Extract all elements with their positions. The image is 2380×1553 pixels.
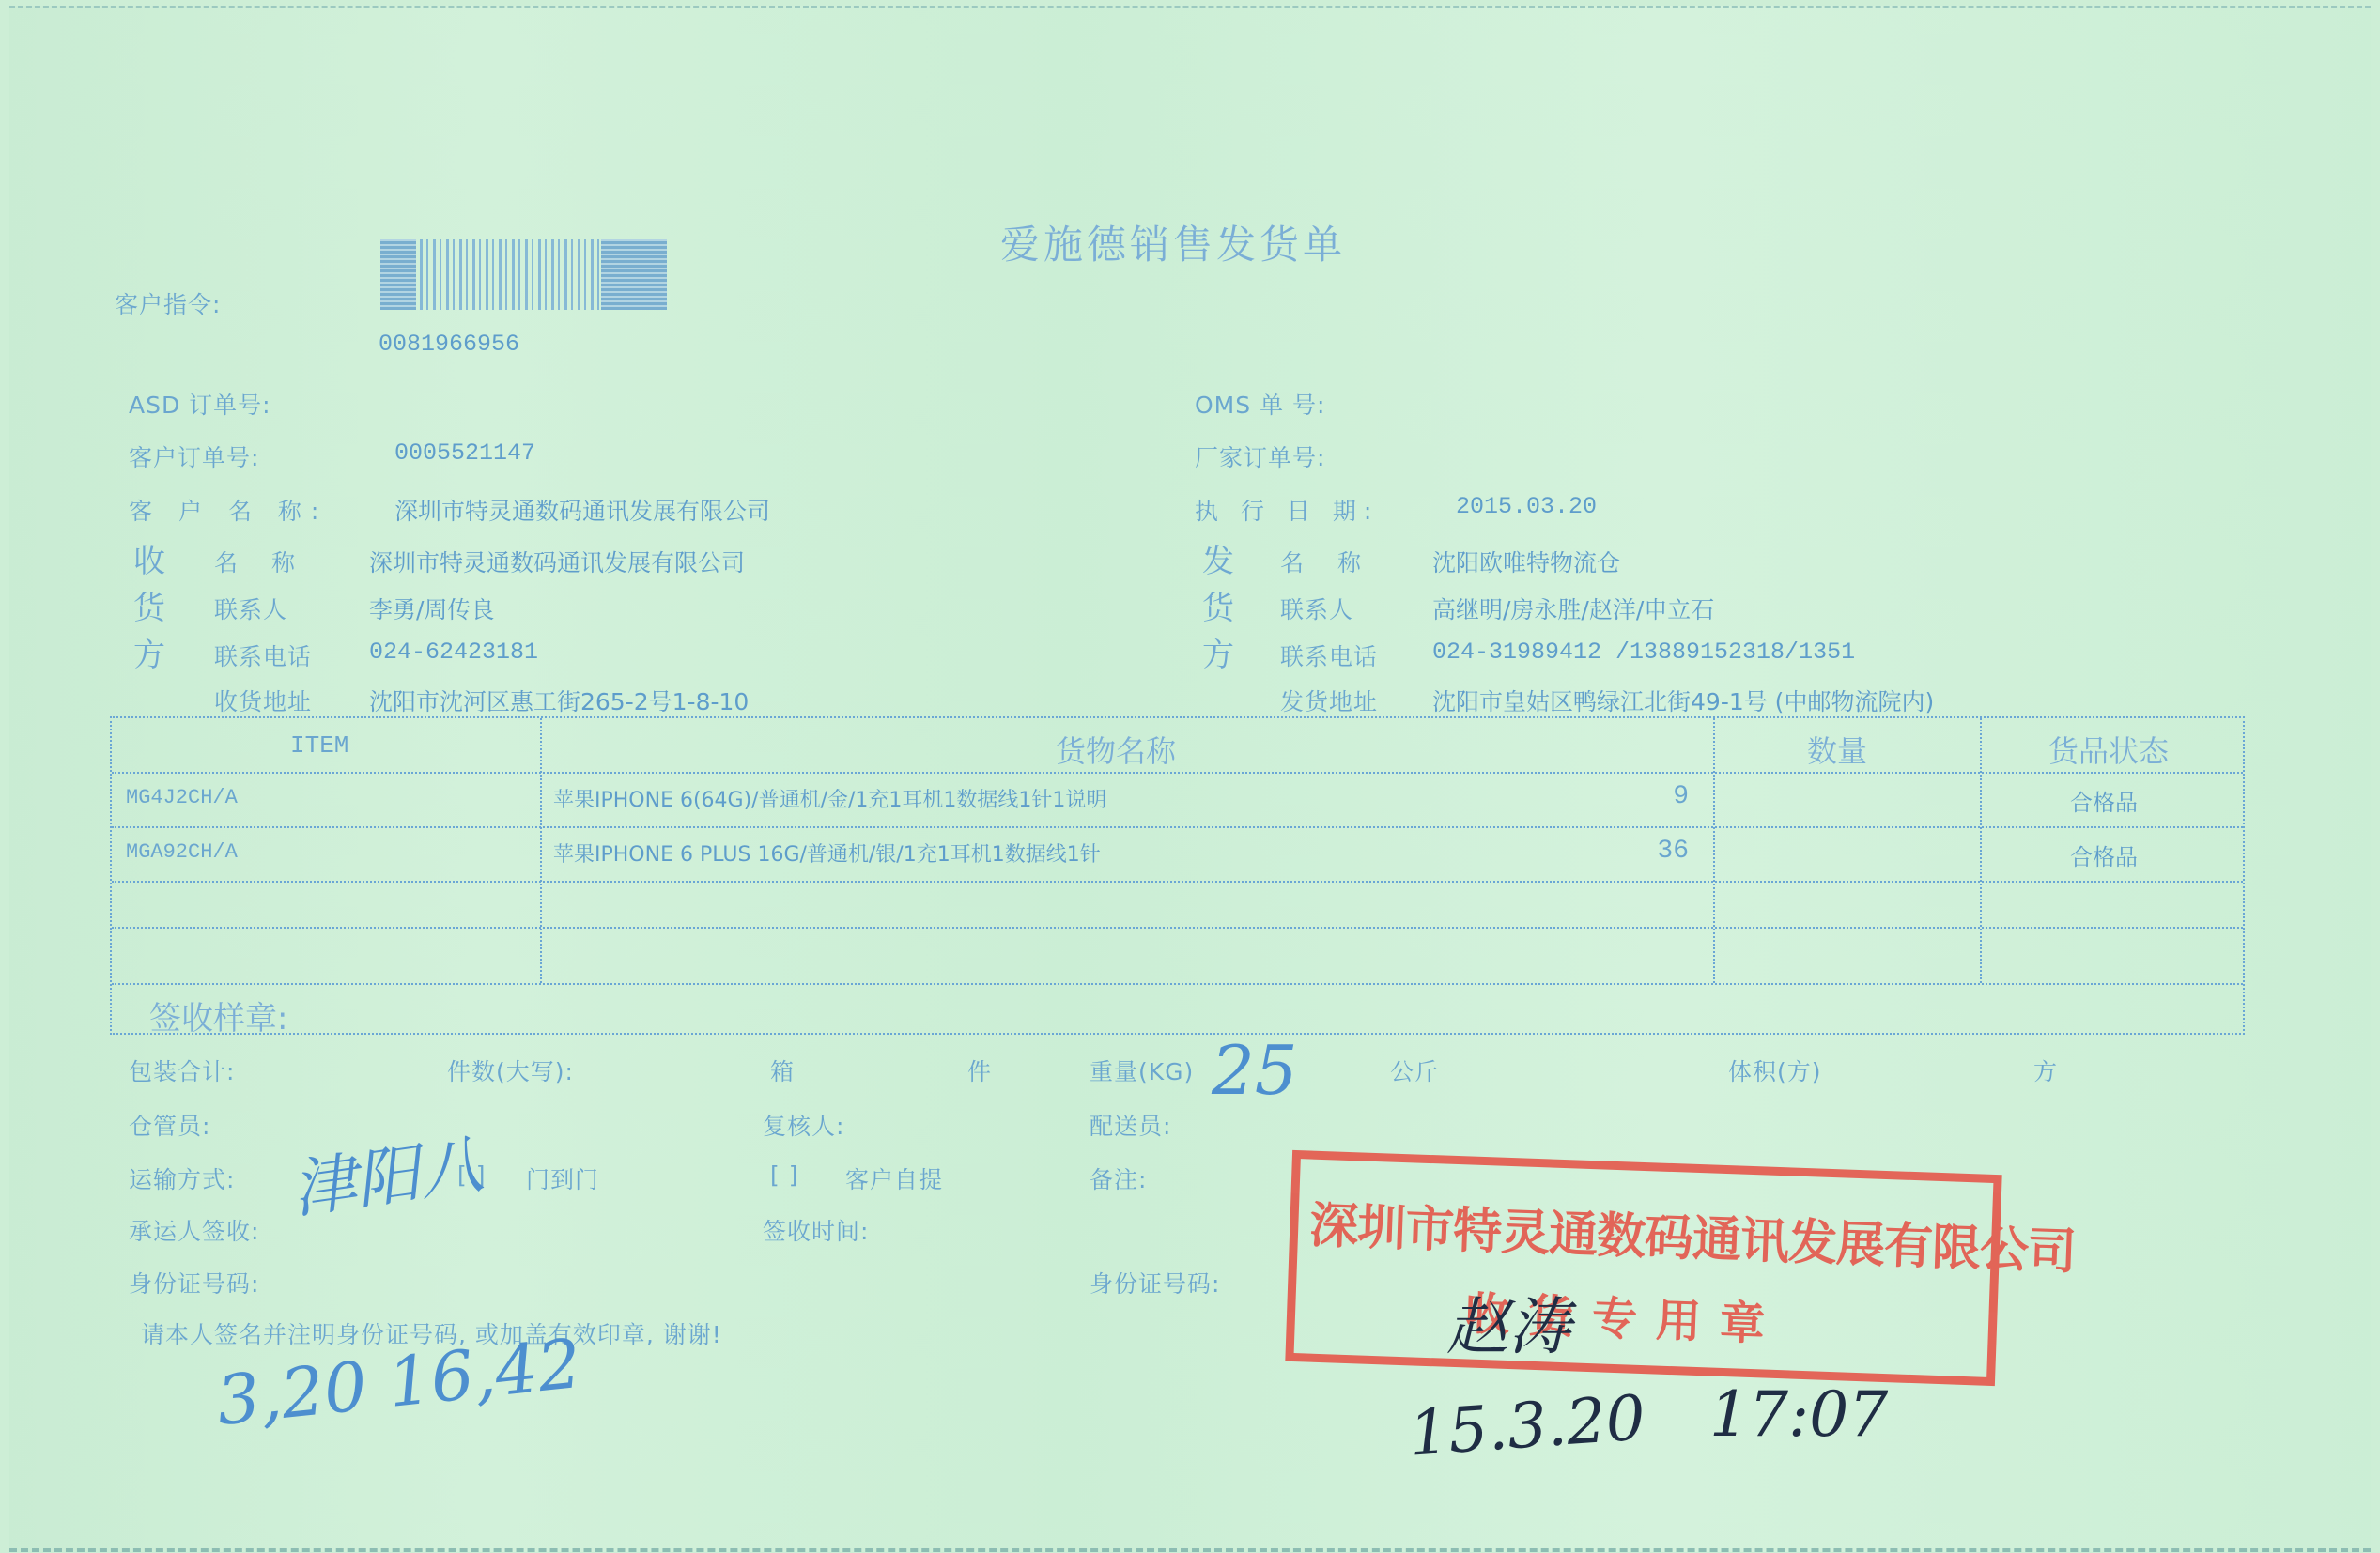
table-divider (540, 718, 542, 983)
receiver-side-char-1: 收 (133, 535, 165, 581)
customer-instruction-label: 客户指令: (115, 286, 221, 320)
shipper-contact-value: 高继明/房永胜/赵洋/申立石 (1432, 592, 1714, 625)
shipper-side-char-1: 发 (1202, 535, 1234, 581)
exec-date-label: 执 行 日 期: (1195, 493, 1379, 527)
row-item-code: MG4J2CH/A (126, 786, 238, 809)
receiver-phone-label: 联系电话 (214, 638, 312, 672)
package-total-label: 包装合计: (129, 1053, 235, 1087)
receiver-contact-label: 联系人 (214, 592, 287, 625)
customer-name-label: 客 户 名 称: (129, 493, 328, 527)
pieces-label: 件数(大写): (447, 1053, 574, 1087)
table-divider (1713, 718, 1715, 983)
shipper-contact-label: 联系人 (1280, 592, 1353, 625)
row-goods-name: 苹果IPHONE 6(64G)/普通机/金/1充1耳机1数据线1针1说明 (553, 784, 1106, 813)
sign-sample-label: 签收样章: (149, 992, 287, 1038)
receiver-signature: 赵涛 (1446, 1277, 1570, 1366)
shipper-phone-value: 024-31989412 /13889152318/1351 (1432, 638, 1855, 666)
handwritten-time-right: 17:07 (1709, 1378, 1888, 1451)
row-quantity: 36 (1657, 837, 1689, 866)
reviewer-label: 复核人: (763, 1108, 844, 1142)
goods-table: ITEM 货物名称 数量 货品状态 MG4J2CH/A 苹果IPHONE 6(6… (110, 716, 2245, 1035)
shipper-address-label: 发货地址 (1280, 684, 1378, 717)
weight-unit: 公斤 (1390, 1053, 1439, 1087)
column-header-goods-name: 货物名称 (1056, 728, 1176, 771)
receiver-address-value: 沈阳市沈河区惠工街265-2号1-8-10 (369, 684, 749, 717)
shipper-side-char-3: 方 (1202, 629, 1234, 675)
barcode-number: 0081966956 (379, 331, 519, 358)
box-label: 箱 (770, 1053, 795, 1087)
customer-name-value: 深圳市特灵通数码通讯发展有限公司 (394, 493, 770, 527)
shipper-address-value: 沈阳市皇姑区鸭绿江北街49-1号 (中邮物流院内) (1432, 684, 1934, 717)
row-item-code: MGA92CH/A (126, 840, 238, 864)
table-divider (112, 772, 2243, 774)
row-status: 合格品 (2070, 784, 2138, 817)
receiver-name-label: 名 称 (214, 545, 308, 578)
table-divider (112, 927, 2243, 929)
column-header-item: ITEM (290, 731, 348, 760)
piece-label: 件 (967, 1053, 992, 1087)
table-divider (112, 983, 2243, 985)
row-quantity: 9 (1673, 782, 1689, 811)
stamp-company-name: 深圳市特灵通数码通讯发展有限公司 (1308, 1186, 2077, 1283)
self-pickup-label: 客户自提 (845, 1161, 943, 1195)
deliverer-label: 配送员: (1090, 1108, 1171, 1142)
weight-handwritten: 25 (1212, 1031, 1298, 1110)
receiver-contact-value: 李勇/周传良 (369, 592, 494, 625)
transport-label: 运输方式: (129, 1161, 235, 1195)
receiver-side-char-3: 方 (133, 629, 165, 675)
id-number-label-left: 身份证号码: (129, 1266, 259, 1299)
shipper-name-label: 名 称 (1280, 545, 1374, 578)
shipper-side-char-2: 货 (1202, 582, 1234, 628)
remarks-label: 备注: (1090, 1161, 1147, 1195)
exec-date-value: 2015.03.20 (1456, 493, 1597, 520)
table-divider (1980, 718, 1982, 983)
column-header-status: 货品状态 (2048, 728, 2169, 771)
receiver-side-char-2: 货 (133, 582, 165, 628)
weight-label: 重量(KG) (1090, 1053, 1194, 1087)
shipper-name-value: 沈阳欧唯特物流仓 (1432, 545, 1620, 578)
volume-unit: 方 (2033, 1053, 2058, 1087)
door-to-door-label: 门到门 (526, 1161, 599, 1195)
column-header-quantity: 数量 (1807, 728, 1867, 771)
receiving-stamp: 深圳市特灵通数码通讯发展有限公司 收货专用章 (1285, 1150, 2001, 1386)
self-pickup-checkbox[interactable]: [ ] (770, 1161, 798, 1189)
factory-order-label: 厂家订单号: (1195, 439, 1325, 473)
asd-order-label: ASD 订单号: (129, 387, 271, 421)
oms-label: OMS 单 号: (1195, 387, 1325, 421)
barcode (380, 239, 667, 310)
volume-label: 体积(方) (1728, 1053, 1822, 1087)
table-divider (112, 881, 2243, 883)
row-status: 合格品 (2070, 838, 2138, 871)
receiver-phone-value: 024-62423181 (369, 638, 538, 666)
receiver-name-value: 深圳市特灵通数码通讯发展有限公司 (369, 545, 745, 578)
document-title: 爱施德销售发货单 (1000, 214, 1346, 270)
carrier-sign-label: 承运人签收: (129, 1213, 259, 1247)
customer-order-label: 客户订单号: (129, 439, 259, 473)
row-goods-name: 苹果IPHONE 6 PLUS 16G/普通机/银/1充1耳机1数据线1针 (553, 838, 1101, 868)
table-divider (112, 826, 2243, 828)
receiver-address-label: 收货地址 (214, 684, 312, 717)
warehouse-keeper-label: 仓管员: (129, 1108, 210, 1142)
id-number-label-right: 身份证号码: (1090, 1266, 1220, 1299)
sign-time-label: 签收时间: (763, 1213, 869, 1247)
customer-order-value: 0005521147 (394, 439, 535, 467)
shipper-phone-label: 联系电话 (1280, 638, 1378, 672)
